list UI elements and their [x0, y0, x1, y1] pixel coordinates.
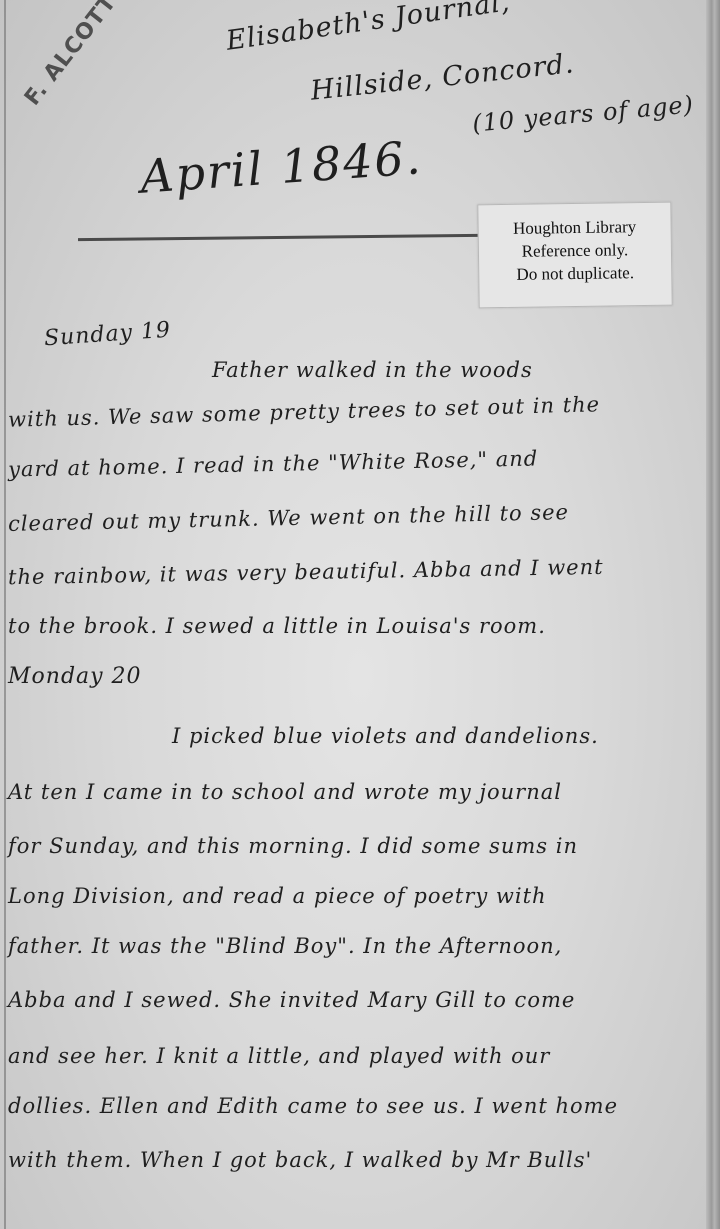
entry-line: to the brook. I sewed a little in Louisa…: [8, 614, 546, 638]
entry-line: dollies. Ellen and Edith came to see us.…: [8, 1094, 618, 1118]
journal-title: Elisabeth's Journal,: [224, 0, 512, 57]
journal-location: Hillside, Concord.: [309, 48, 576, 107]
notice-line-reference: Reference only.: [479, 238, 671, 264]
entry-date: Sunday 19: [43, 318, 171, 352]
manuscript-page: F. ALCOTT PRATT Elisabeth's Journal, Hil…: [0, 0, 720, 1229]
age-note: (10 years of age): [471, 90, 695, 137]
entry-line: the rainbow, it was very beautiful. Abba…: [8, 555, 604, 589]
header-rule: [78, 234, 478, 241]
owner-stamp: F. ALCOTT PRATT: [20, 0, 179, 110]
entry-line: with them. When I got back, I walked by …: [8, 1148, 592, 1172]
entry-line: and see her. I knit a little, and played…: [8, 1044, 550, 1068]
entry-line: At ten I came in to school and wrote my …: [8, 780, 562, 804]
page-left-edge: [4, 0, 6, 1229]
notice-line-duplicate: Do not duplicate.: [479, 261, 671, 287]
entry-line: yard at home. I read in the "White Rose,…: [8, 446, 539, 481]
entry-line: cleared out my trunk. We went on the hil…: [8, 500, 569, 536]
entry-line: Abba and I sewed. She invited Mary Gill …: [8, 988, 575, 1012]
entry-line: Father walked in the woods: [212, 358, 533, 382]
entry-line: father. It was the "Blind Boy". In the A…: [8, 934, 562, 958]
journal-month: April 1846.: [138, 130, 423, 204]
page-binding-edge: [706, 0, 720, 1229]
entry-line: for Sunday, and this morning. I did some…: [8, 834, 578, 858]
entry-line: I picked blue violets and dandelions.: [172, 724, 599, 748]
entry-line: with us. We saw some pretty trees to set…: [8, 392, 601, 431]
entry-line: Long Division, and read a piece of poetr…: [8, 884, 547, 908]
library-notice-label: Houghton Library Reference only. Do not …: [477, 202, 672, 309]
entry-date: Monday 20: [8, 664, 142, 689]
notice-line-library: Houghton Library: [478, 215, 670, 241]
